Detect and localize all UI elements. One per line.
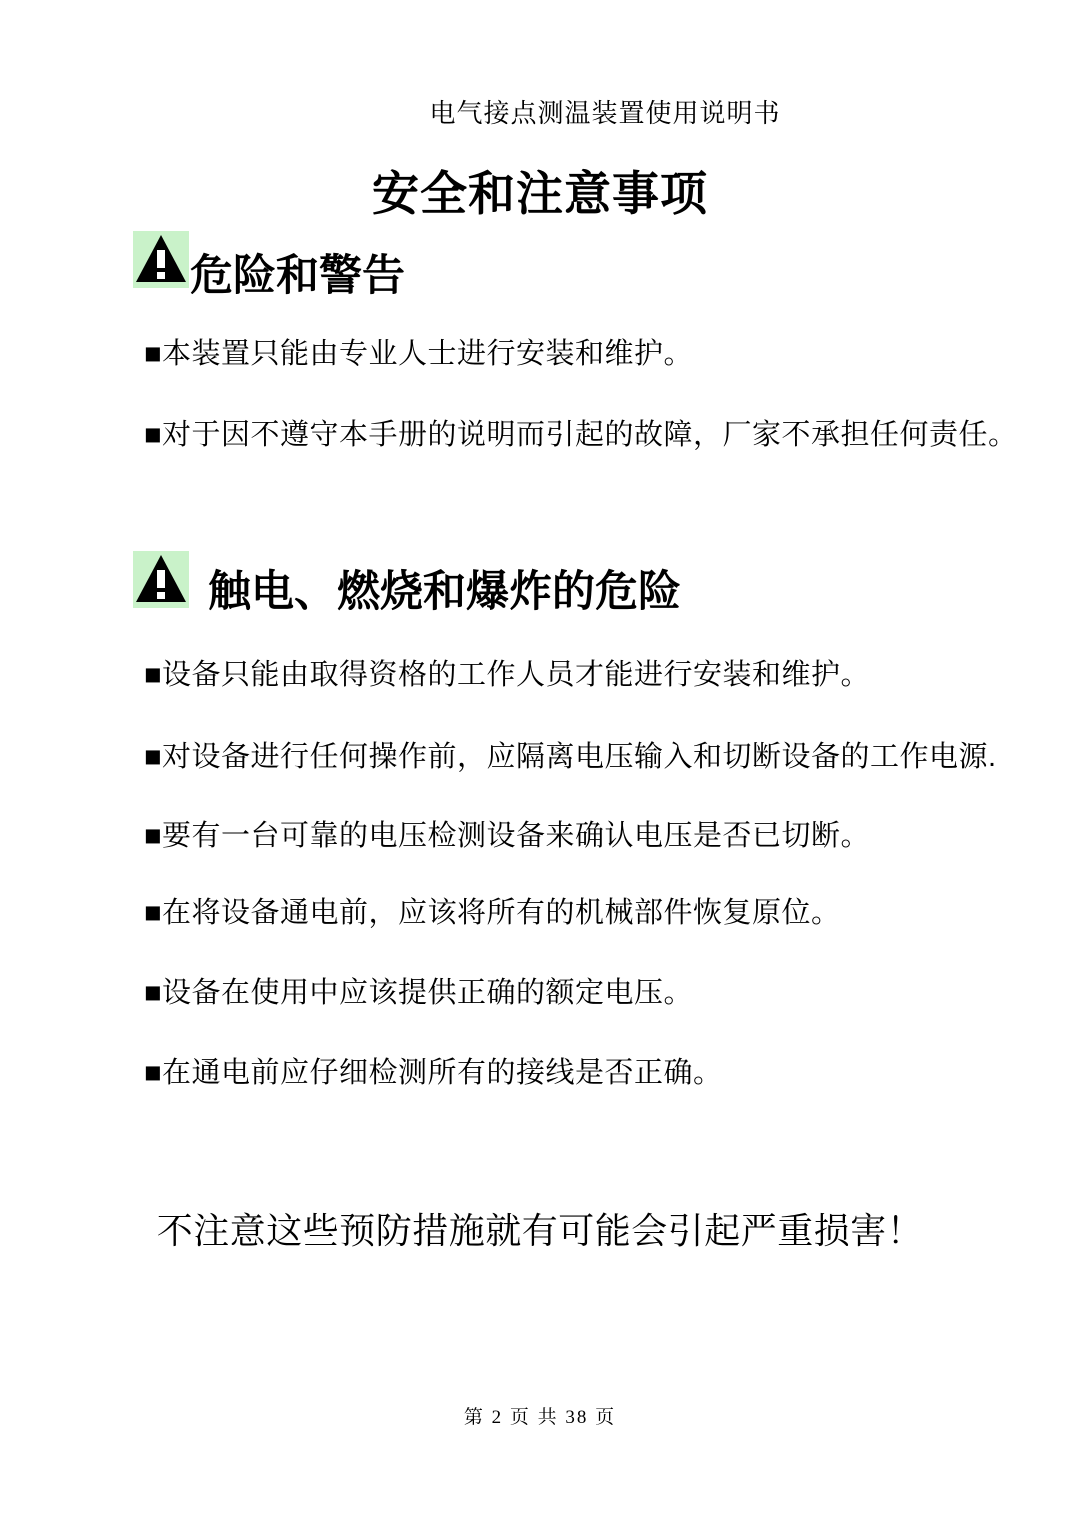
page-number-footer: 第 2 页 共 38 页 (0, 1402, 1080, 1429)
document-page: 电气接点测温装置使用说明书 安全和注意事项 危险和警告 ■本装置只能由专业人士进… (0, 0, 1080, 1527)
section-heading: 触电、燃烧和爆炸的危险 (208, 571, 681, 614)
safety-item: ■对设备进行任何操作前，应隔离电压输入和切断设备的工作电源. (144, 741, 1020, 774)
closing-warning-statement: 不注意这些预防措施就有可能会引起严重损害！ (0, 1203, 1080, 1254)
safety-item: ■本装置只能由专业人士进行安装和维护。 (144, 338, 1020, 371)
safety-item: ■在将设备通电前，应该将所有的机械部件恢复原位。 (144, 897, 1020, 930)
safety-item: ■设备在使用中应该提供正确的额定电压。 (144, 977, 1020, 1010)
safety-item: ■在通电前应仔细检测所有的接线是否正确。 (144, 1057, 1020, 1090)
section-heading: 危险和警告 (190, 255, 405, 298)
safety-item: ■要有一台可靠的电压检测设备来确认电压是否已切断。 (144, 820, 1020, 853)
page-title: 安全和注意事项 (0, 157, 1080, 224)
warning-triangle-icon (133, 231, 189, 288)
document-header: 电气接点测温装置使用说明书 (130, 93, 1080, 130)
warning-triangle-icon (133, 551, 189, 608)
section-danger-warning-heading: 危险和警告 (133, 231, 405, 288)
safety-item: ■对于因不遵守本手册的说明而引起的故障，厂家不承担任何责任。 (144, 419, 1020, 452)
section-shock-burn-explosion-heading: 触电、燃烧和爆炸的危险 (133, 551, 681, 608)
safety-item: ■设备只能由取得资格的工作人员才能进行安装和维护。 (144, 659, 1020, 692)
